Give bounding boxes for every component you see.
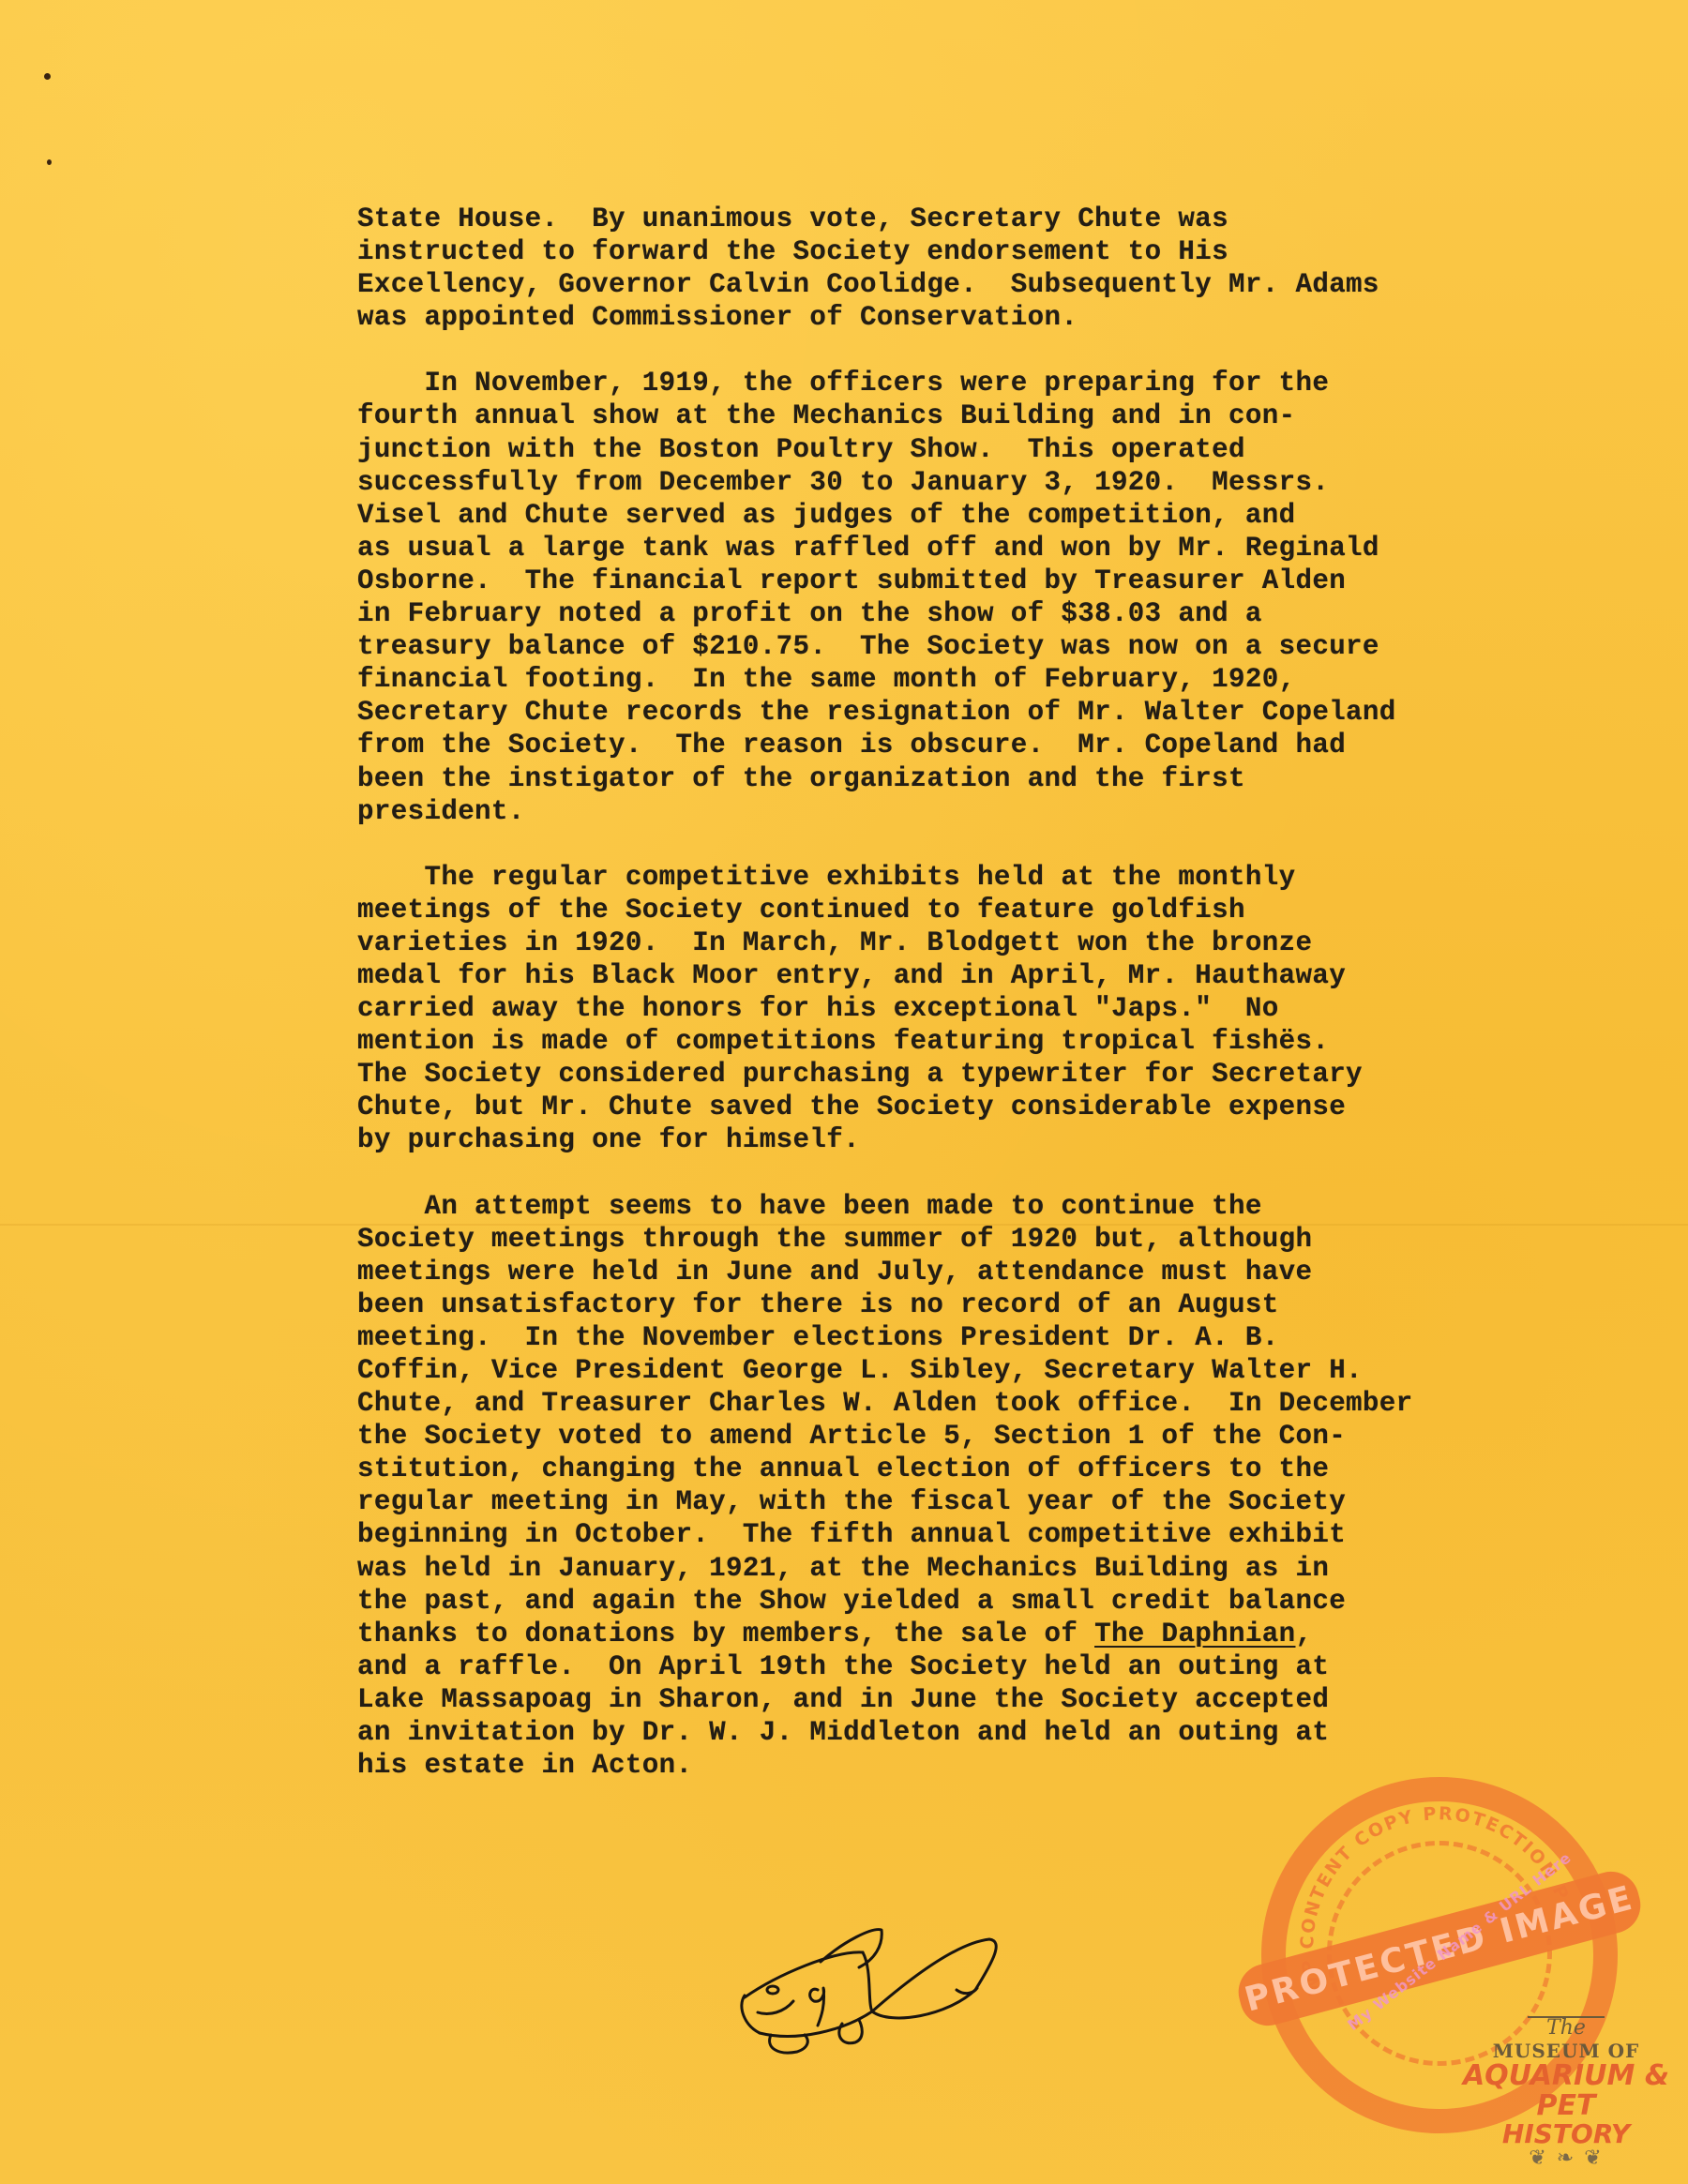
museum-logo: The MUSEUM OF AQUARIUM & PET HISTORY ❦ ❧… xyxy=(1454,2016,1679,2176)
text-line: Society meetings through the summer of 1… xyxy=(357,1223,1614,1256)
text-line: varieties in 1920. In March, Mr. Blodget… xyxy=(357,926,1614,959)
text-line: meetings of the Society continued to fea… xyxy=(357,894,1614,926)
fish-doodle-icon xyxy=(731,1922,1013,2072)
text-line: Coffin, Vice President George L. Sibley,… xyxy=(357,1354,1614,1387)
text-line: Osborne. The financial report submitted … xyxy=(357,565,1614,597)
text-line: successfully from December 30 to January… xyxy=(357,466,1614,499)
text-line: as usual a large tank was raffled off an… xyxy=(357,532,1614,565)
text-line: The regular competitive exhibits held at… xyxy=(357,861,1614,894)
logo-the: The xyxy=(1528,2016,1605,2041)
text-line: in February noted a profit on the show o… xyxy=(357,597,1614,630)
paragraph-4: An attempt seems to have been made to co… xyxy=(357,1190,1614,1783)
text-line: president. xyxy=(357,795,1614,828)
logo-flourish-icon: ❦ ❧ ❦ xyxy=(1454,2147,1679,2170)
punch-hole-mark xyxy=(47,159,52,165)
text-line: Secretary Chute records the resignation … xyxy=(357,696,1614,729)
text-line: The Society considered purchasing a type… xyxy=(357,1058,1614,1091)
text-line: Chute, but Mr. Chute saved the Society c… xyxy=(357,1091,1614,1123)
paragraph-2: In November, 1919, the officers were pre… xyxy=(357,367,1614,827)
text-line: meetings were held in June and July, att… xyxy=(357,1256,1614,1288)
text-line: an invitation by Dr. W. J. Middleton and… xyxy=(357,1716,1614,1749)
logo-history: HISTORY xyxy=(1454,2121,1679,2147)
text-line: Lake Massapoag in Sharon, and in June th… xyxy=(357,1683,1614,1716)
publication-title-underlined: The Daphnian xyxy=(1094,1619,1295,1649)
text-line: been unsatisfactory for there is no reco… xyxy=(357,1288,1614,1321)
punch-hole-mark xyxy=(44,73,51,80)
text-line: fourth annual show at the Mechanics Buil… xyxy=(357,399,1614,432)
text-line: the Society voted to amend Article 5, Se… xyxy=(357,1420,1614,1453)
text-line: by purchasing one for himself. xyxy=(357,1123,1614,1156)
text-line: Visel and Chute served as judges of the … xyxy=(357,499,1614,532)
text-line: was held in January, 1921, at the Mechan… xyxy=(357,1552,1614,1585)
text-line: stitution, changing the annual election … xyxy=(357,1453,1614,1485)
text-line: regular meeting in May, with the fiscal … xyxy=(357,1485,1614,1518)
line-prefix: thanks to donations by members, the sale… xyxy=(357,1619,1094,1649)
text-line: mention is made of competitions featurin… xyxy=(357,1025,1614,1058)
text-line: Chute, and Treasurer Charles W. Alden to… xyxy=(357,1387,1614,1420)
text-line: meeting. In the November elections Presi… xyxy=(357,1321,1614,1354)
text-line: been the instigator of the organization … xyxy=(357,762,1614,795)
text-line: from the Society. The reason is obscure.… xyxy=(357,729,1614,761)
text-line: beginning in October. The fifth annual c… xyxy=(357,1518,1614,1551)
text-line: carried away the honors for his exceptio… xyxy=(357,992,1614,1025)
paragraph-1: State House. By unanimous vote, Secretar… xyxy=(357,203,1614,334)
text-line: Excellency, Governor Calvin Coolidge. Su… xyxy=(357,268,1614,301)
text-line-with-title: thanks to donations by members, the sale… xyxy=(357,1618,1614,1650)
text-line: An attempt seems to have been made to co… xyxy=(357,1190,1614,1223)
logo-museum-of: MUSEUM OF xyxy=(1454,2041,1679,2061)
line-suffix: , xyxy=(1295,1619,1312,1649)
logo-aquarium-pet: AQUARIUM & PET xyxy=(1454,2061,1679,2121)
text-line: the past, and again the Show yielded a s… xyxy=(357,1585,1614,1618)
text-line: In November, 1919, the officers were pre… xyxy=(357,367,1614,399)
text-line: junction with the Boston Poultry Show. T… xyxy=(357,433,1614,466)
text-line: financial footing. In the same month of … xyxy=(357,663,1614,696)
document-body: State House. By unanimous vote, Secretar… xyxy=(357,203,1614,1815)
paragraph-3: The regular competitive exhibits held at… xyxy=(357,861,1614,1157)
text-line: medal for his Black Moor entry, and in A… xyxy=(357,959,1614,992)
text-line: was appointed Commissioner of Conservati… xyxy=(357,301,1614,334)
text-line: treasury balance of $210.75. The Society… xyxy=(357,630,1614,663)
text-line: instructed to forward the Society endors… xyxy=(357,235,1614,268)
text-line: and a raffle. On April 19th the Society … xyxy=(357,1650,1614,1683)
text-line: State House. By unanimous vote, Secretar… xyxy=(357,203,1614,235)
